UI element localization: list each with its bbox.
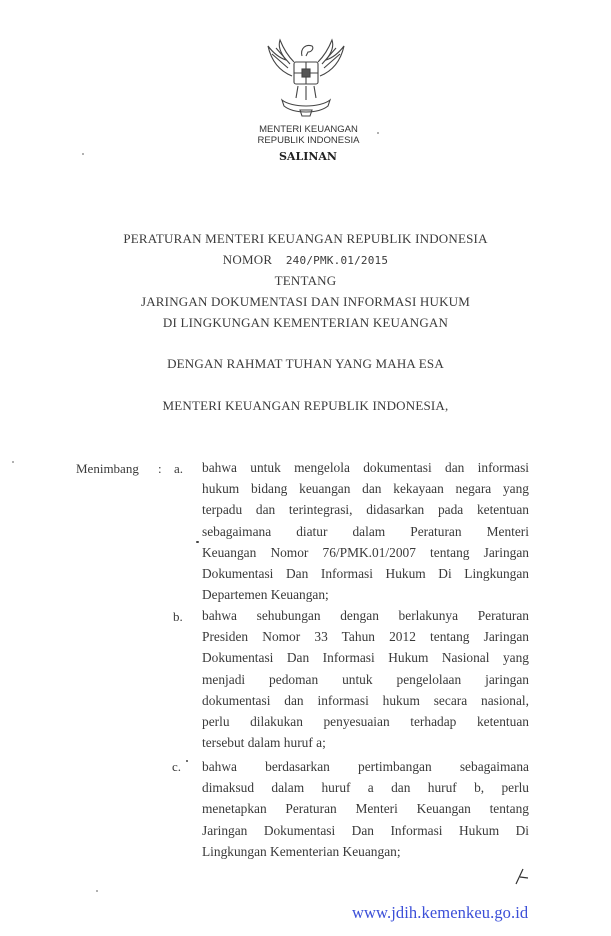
text-line: bahwa sehubungan dengan berlakunya Perat… [202, 605, 529, 626]
text-line: dokumentasi dan informasi hukum secara n… [202, 690, 529, 711]
text-line: perlu dilakukan penyesuaian terhadap ket… [202, 711, 529, 732]
text-line: Dokumentasi Dan Informasi Hukum Nasional… [202, 647, 529, 668]
regulation-title: PERATURAN MENTERI KEUANGAN REPUBLIK INDO… [0, 231, 611, 247]
garuda-emblem-icon [262, 36, 350, 120]
consideration-b: bahwa sehubungan dengan berlakunya Perat… [202, 605, 529, 753]
item-marker-c: c. [172, 759, 181, 775]
subject-line-1: JARINGAN DOKUMENTASI DAN INFORMASI HUKUM [0, 294, 611, 310]
text-line: menjadi pedoman untuk pengelolaan jaring… [202, 669, 529, 690]
text-line: menetapkan Peraturan Menteri Keuangan te… [202, 798, 529, 819]
text-line: terpadu dan terintegrasi, didasarkan pad… [202, 499, 529, 520]
scan-speck [96, 890, 98, 892]
nomor-label: NOMOR [223, 252, 272, 267]
subject-line-2: DI LINGKUNGAN KEMENTERIAN KEUANGAN [0, 315, 611, 331]
nomor-value: 240/PMK.01/2015 [286, 254, 388, 267]
salinan-stamp: SALINAN [0, 150, 611, 163]
consideration-c: bahwa berdasarkan pertimbangan sebagaima… [202, 756, 529, 862]
initial-signature-icon [512, 866, 530, 886]
scan-speck [12, 461, 14, 463]
text-line: Lingkungan Kementerian Keuangan; [202, 841, 529, 862]
regulation-number: NOMOR 240/PMK.01/2015 [0, 252, 611, 268]
text-line: Dokumentasi Dan Informasi Hukum Di Lingk… [202, 563, 529, 584]
text-line: sebagaimana diatur dalam Peraturan Mente… [202, 521, 529, 542]
text-line: Presiden Nomor 33 Tahun 2012 tentang Jar… [202, 626, 529, 647]
text-line: tersebut dalam huruf a; [202, 732, 529, 753]
item-marker-a: a. [174, 461, 183, 477]
jdih-website-link[interactable]: www.jdih.kemenkeu.go.id [352, 903, 528, 923]
text-line: bahwa untuk mengelola dokumentasi dan in… [202, 457, 529, 478]
item-marker-b: b. [173, 609, 183, 625]
authority-line: MENTERI KEUANGAN REPUBLIK INDONESIA, [0, 398, 611, 414]
invocation: DENGAN RAHMAT TUHAN YANG MAHA ESA [0, 356, 611, 372]
scan-speck [186, 760, 188, 762]
menimbang-label: Menimbang [76, 461, 139, 477]
text-line: Jaringan Dokumentasi Dan Informasi Hukum… [202, 820, 529, 841]
text-line: hukum bidang keuangan dan kekayaan negar… [202, 478, 529, 499]
text-line: Keuangan Nomor 76/PMK.01/2007 tentang Ja… [202, 542, 529, 563]
consideration-a: bahwa untuk mengelola dokumentasi dan in… [202, 457, 529, 605]
scan-speck [377, 132, 379, 134]
tentang-heading: TENTANG [0, 273, 611, 289]
text-line: dimaksud dalam huruf a dan huruf b, perl… [202, 777, 529, 798]
scan-speck [82, 153, 84, 155]
text-line: bahwa berdasarkan pertimbangan sebagaima… [202, 756, 529, 777]
letterhead-line-2: REPUBLIK INDONESIA [3, 135, 611, 146]
menimbang-colon: : [158, 461, 162, 477]
letterhead-line-1: MENTERI KEUANGAN [3, 124, 611, 135]
text-line: Departemen Keuangan; [202, 584, 529, 605]
scan-speck [196, 541, 199, 543]
